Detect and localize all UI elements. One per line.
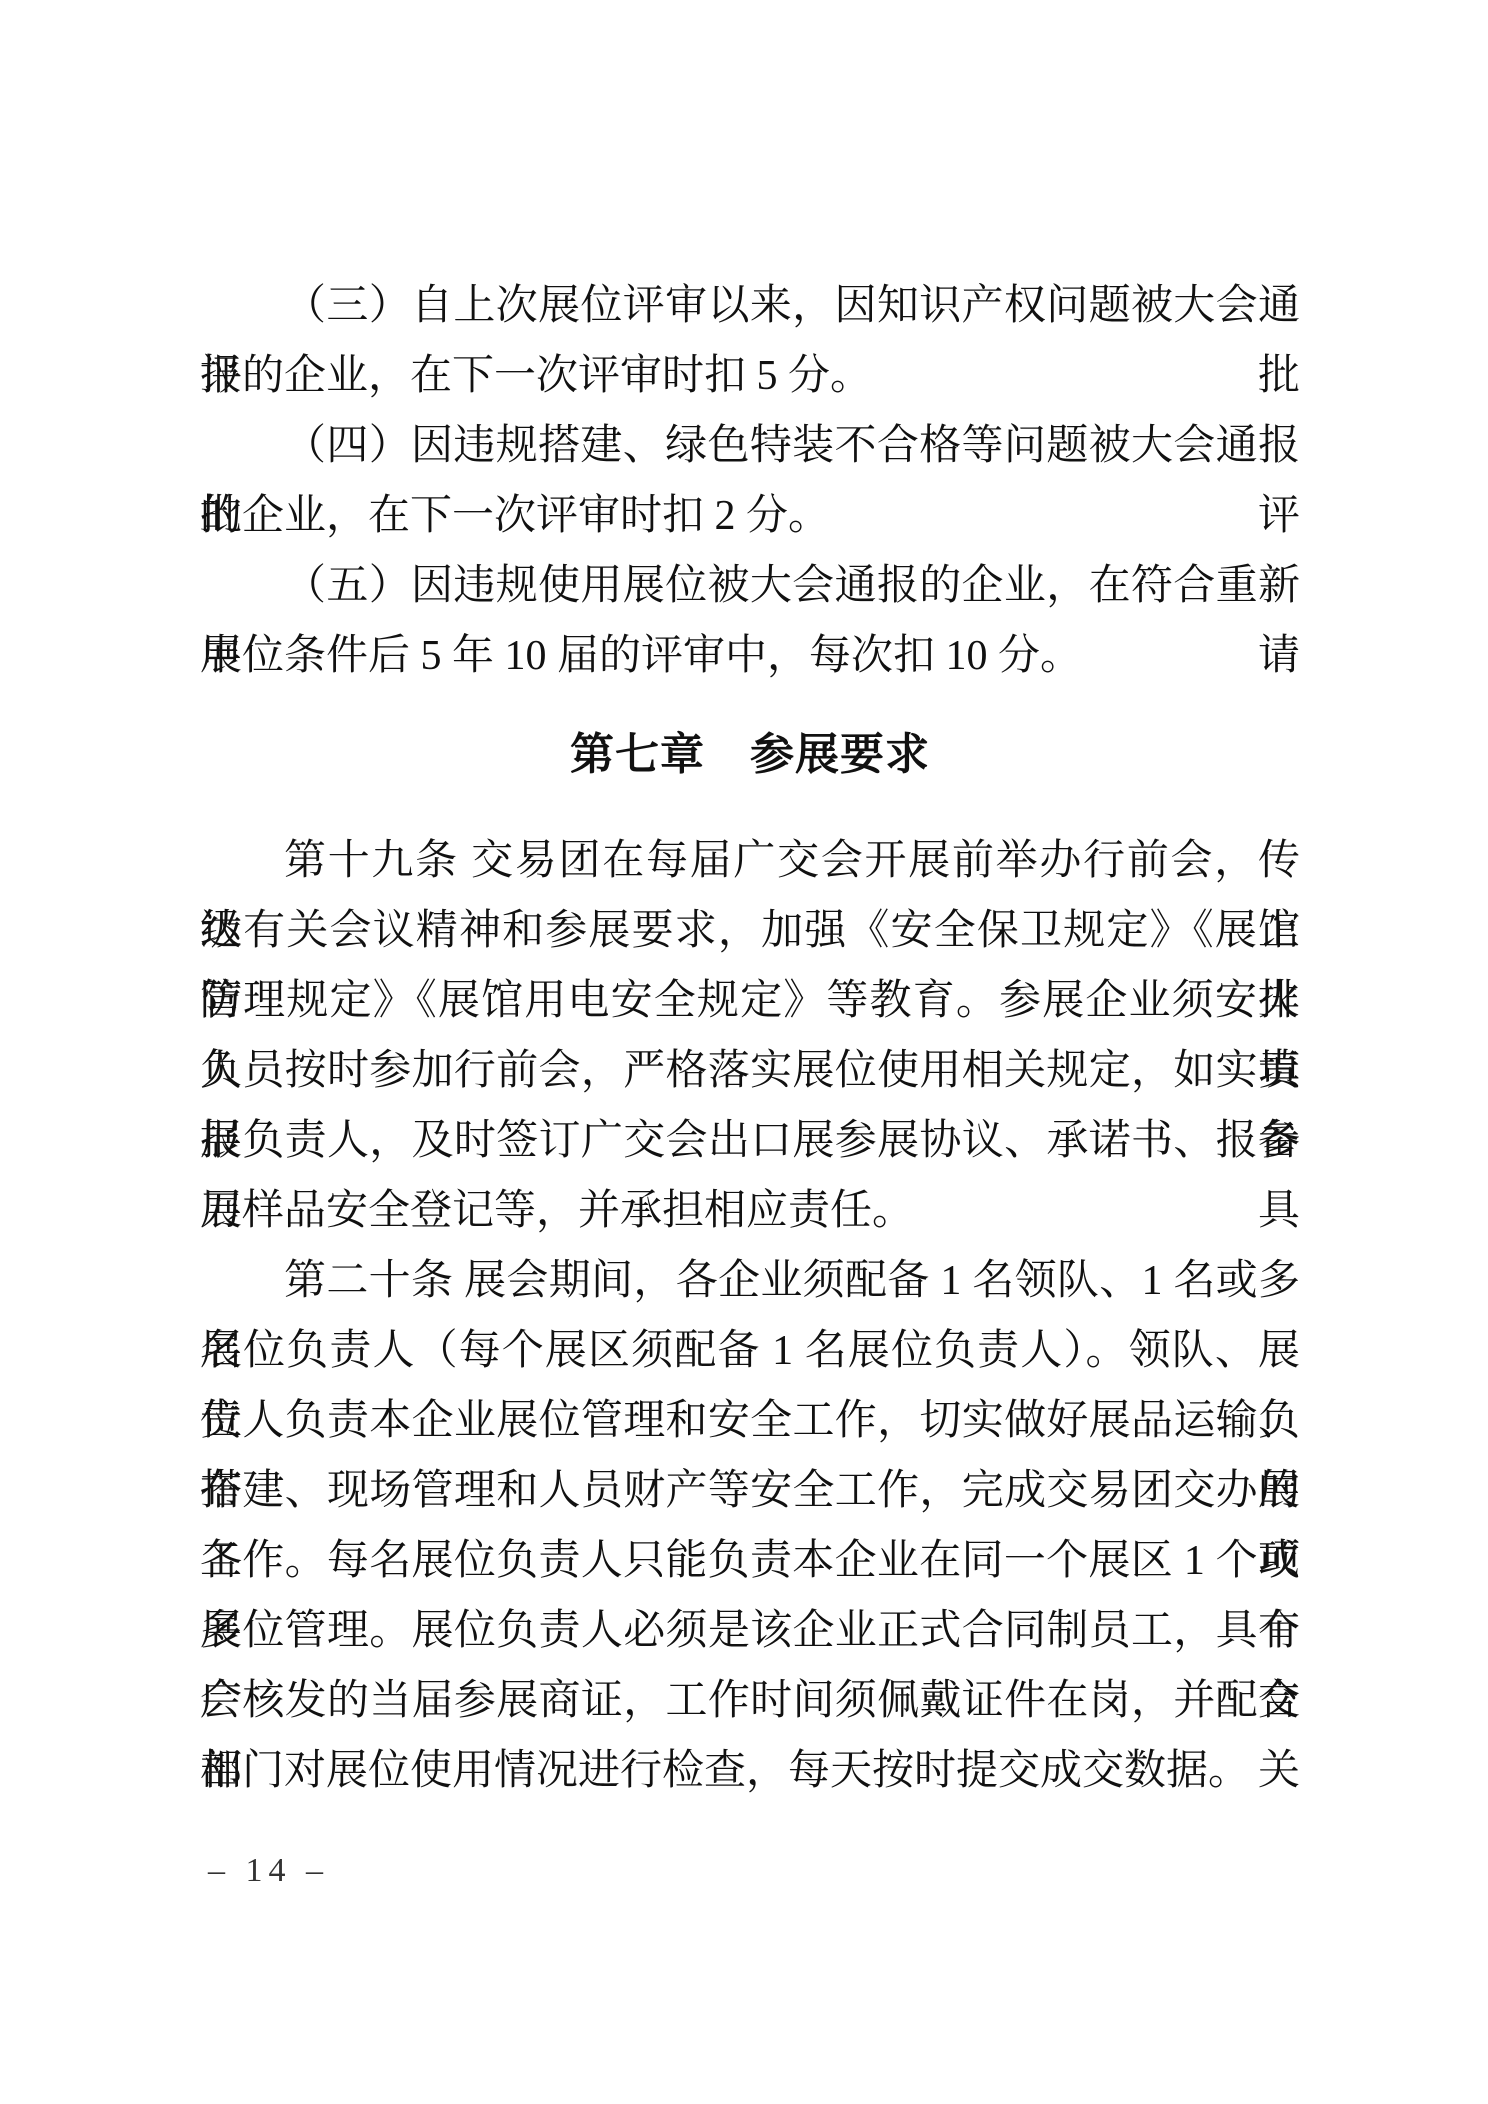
text-line: 管理规定》《展馆用电安全规定》等教育。参展企业须安排负责 bbox=[200, 966, 1300, 1036]
text-line: 工作。每名展位负责人只能负责本企业在同一个展区 1 个或多个 bbox=[200, 1526, 1300, 1596]
text-line: 部门对展位使用情况进行检查，每天按时提交成交数据。 bbox=[200, 1736, 1300, 1806]
page-number: – 14 – bbox=[208, 1852, 329, 1890]
text-line: （四）因违规搭建、绿色特装不合格等问题被大会通报批评 bbox=[200, 411, 1300, 481]
text-line: 展位管理。展位负责人必须是该企业正式合同制员工，具有广交 bbox=[200, 1596, 1300, 1666]
clause-item-3: （三）自上次展位评审以来，因知识产权问题被大会通报批 评的企业，在下一次评审时扣… bbox=[200, 271, 1300, 411]
document-body: （三）自上次展位评审以来，因知识产权问题被大会通报批 评的企业，在下一次评审时扣… bbox=[200, 271, 1300, 1806]
text-line: 责人负责本企业展位管理和安全工作，切实做好展品运输、布展 bbox=[200, 1386, 1300, 1456]
text-line: 级有关会议精神和参展要求，加强《安全保卫规定》《展馆防火 bbox=[200, 896, 1300, 966]
clause-item-4: （四）因违规搭建、绿色特装不合格等问题被大会通报批评 的企业，在下一次评审时扣 … bbox=[200, 411, 1300, 551]
text-line: （三）自上次展位评审以来，因知识产权问题被大会通报批 bbox=[200, 271, 1300, 341]
text-line: 第二十条 展会期间，各企业须配备 1 名领队、1 名或多名 bbox=[200, 1246, 1300, 1316]
document-page: （三）自上次展位评审以来，因知识产权问题被大会通报批 评的企业，在下一次评审时扣… bbox=[0, 0, 1488, 2104]
text-line: 展位负责人（每个展区须配备 1 名展位负责人）。领队、展位负 bbox=[200, 1316, 1300, 1386]
text-line: 展负责人，及时签订广交会出口展参展协议、承诺书、报备刀具 bbox=[200, 1106, 1300, 1176]
text-line: （五）因违规使用展位被大会通报的企业，在符合重新申请 bbox=[200, 551, 1300, 621]
text-line: 搭建、现场管理和人员财产等安全工作，完成交易团交办的各项 bbox=[200, 1456, 1300, 1526]
text-line: 人员按时参加行前会，严格落实展位使用相关规定，如实填报参 bbox=[200, 1036, 1300, 1106]
clause-item-5: （五）因违规使用展位被大会通报的企业，在符合重新申请 展位条件后 5 年 10 … bbox=[200, 551, 1300, 691]
article-20: 第二十条 展会期间，各企业须配备 1 名领队、1 名或多名 展位负责人（每个展区… bbox=[200, 1246, 1300, 1806]
text-line: 会核发的当届参展商证，工作时间须佩戴证件在岗，并配合相关 bbox=[200, 1666, 1300, 1736]
article-19: 第十九条 交易团在每届广交会开展前举办行前会，传达上 级有关会议精神和参展要求，… bbox=[200, 826, 1300, 1246]
chapter-heading: 第七章 参展要求 bbox=[200, 720, 1300, 790]
text-line: 第十九条 交易团在每届广交会开展前举办行前会，传达上 bbox=[200, 826, 1300, 896]
